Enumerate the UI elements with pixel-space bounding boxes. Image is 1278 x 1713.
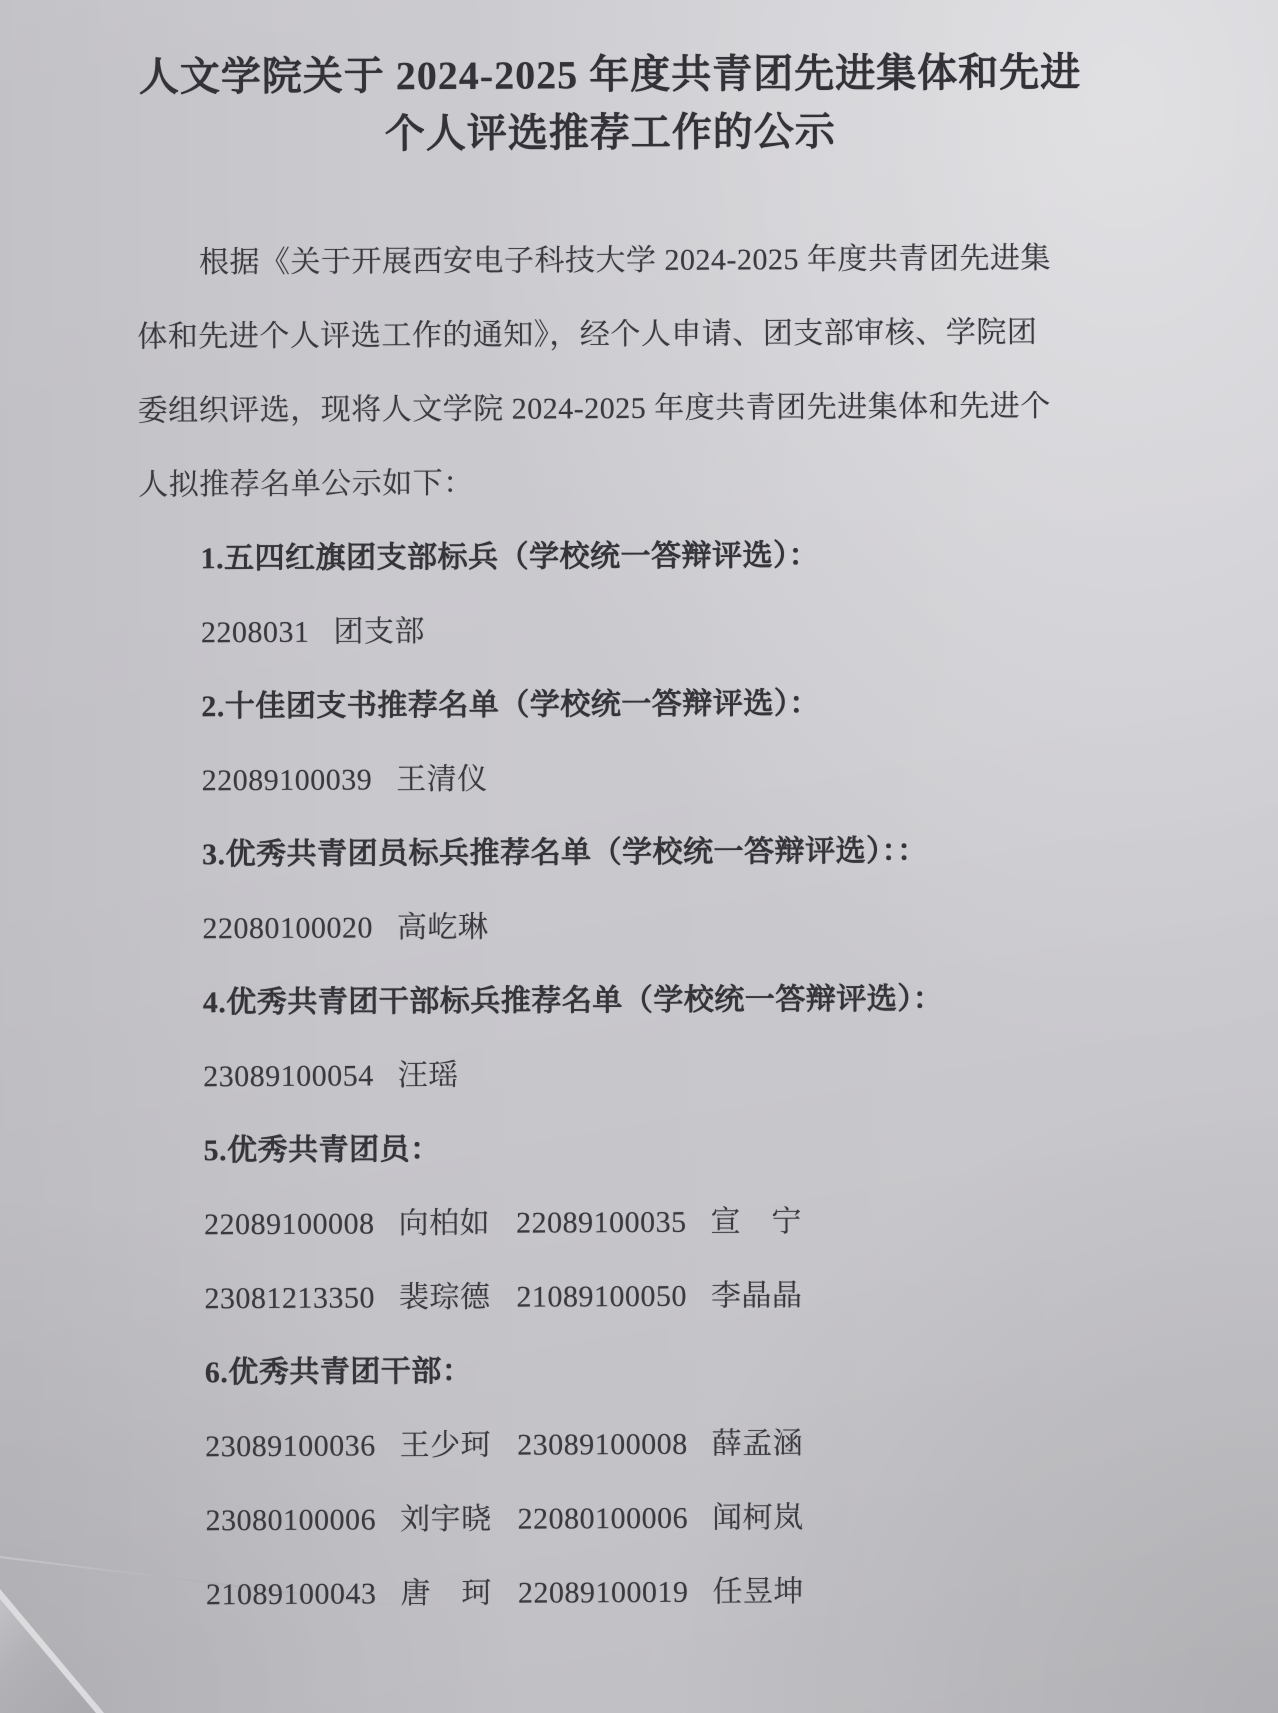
paragraph-line: 体和先进个人评选工作的通知》，经个人申请、团支部审核、学院团 (137, 295, 1140, 374)
title-line-2: 个人评选推荐工作的公示 (136, 102, 1084, 165)
entry-id-name: 21089100050 李晶晶 (516, 1259, 802, 1334)
entry-id-name: 23080100006 刘宇晓 (205, 1483, 517, 1559)
section-2-row-1: 22089100039 王清仪 (202, 739, 1143, 818)
entry-id-name: 23089100054 汪瑶 (203, 1039, 515, 1115)
section-4-heading: 4.优秀共青团干部标兵推荐名单（学校统一答辩评选）： (203, 961, 1144, 1040)
section-5-row-1: 22089100008 向柏如 22089100035 宣 宁 (204, 1183, 1145, 1262)
section-6-row-3: 21089100043 唐 珂 22089100019 任昱坤 (206, 1553, 1147, 1632)
section-3-heading: 3.优秀共青团员标兵推荐名单（学校统一答辩评选）：： (202, 813, 1143, 892)
sections-list: 1.五四红旗团支部标兵（学校统一答辩评选）： 2208031 团支部 2.十佳团… (200, 517, 1147, 1632)
section-2: 2.十佳团支书推荐名单（学校统一答辩评选）： 22089100039 王清仪 (201, 665, 1143, 818)
entry-id-name: 23089100036 王少珂 (205, 1409, 517, 1485)
entry-id-name: 22089100035 宣 宁 (516, 1185, 802, 1260)
paragraph-line: 人拟推荐名单公示如下： (138, 443, 1141, 522)
entry-id-name: 22080100020 高屹琳 (202, 891, 514, 967)
document-content: 人文学院关于 2024-2025 年度共青团先进集体和先进 个人评选推荐工作的公… (136, 43, 1147, 1632)
paragraph-line: 根据《关于开展西安电子科技大学 2024-2025 年度共青团先进集 (137, 221, 1140, 300)
intro-paragraph: 根据《关于开展西安电子科技大学 2024-2025 年度共青团先进集 体和先进个… (137, 221, 1142, 522)
section-4: 4.优秀共青团干部标兵推荐名单（学校统一答辩评选）： 23089100054 汪… (203, 961, 1145, 1114)
paragraph-line: 委组织评选，现将人文学院 2024-2025 年度共青团先进集体和先进个 (138, 369, 1141, 448)
section-2-heading: 2.十佳团支书推荐名单（学校统一答辩评选）： (201, 665, 1142, 744)
section-3: 3.优秀共青团员标兵推荐名单（学校统一答辩评选）：： 22080100020 高… (202, 813, 1144, 966)
entry-id-name: 22089100019 任昱坤 (518, 1555, 804, 1630)
section-6-row-1: 23089100036 王少珂 23089100008 薛孟涵 (205, 1405, 1146, 1484)
entry-id-name: 22080100006 闻柯岚 (517, 1481, 803, 1556)
entry-id-name: 22089100008 向柏如 (204, 1187, 516, 1263)
section-3-row-1: 22080100020 高屹琳 (202, 887, 1143, 966)
section-6-heading: 6.优秀共青团干部： (205, 1331, 1146, 1410)
entry-id-name: 23089100008 薛孟涵 (517, 1407, 803, 1482)
section-6-row-2: 23080100006 刘宇晓 22080100006 闻柯岚 (205, 1479, 1146, 1558)
section-1-row-1: 2208031 团支部 (201, 591, 1142, 670)
section-6: 6.优秀共青团干部： 23089100036 王少珂 23089100008 薛… (205, 1331, 1148, 1632)
section-5-row-2: 23081213350 裴琮德 21089100050 李晶晶 (204, 1257, 1145, 1336)
title-line-1: 人文学院关于 2024-2025 年度共青团先进集体和先进 (136, 44, 1084, 107)
section-1-heading: 1.五四红旗团支部标兵（学校统一答辩评选）： (200, 517, 1141, 596)
page-title: 人文学院关于 2024-2025 年度共青团先进集体和先进 个人评选推荐工作的公… (136, 43, 1140, 164)
section-5: 5.优秀共青团员： 22089100008 向柏如 22089100035 宣 … (203, 1109, 1145, 1336)
section-5-heading: 5.优秀共青团员： (203, 1109, 1144, 1188)
paper-photo: 人文学院关于 2024-2025 年度共青团先进集体和先进 个人评选推荐工作的公… (0, 0, 1278, 1713)
entry-id-name: 2208031 团支部 (201, 595, 513, 671)
section-4-row-1: 23089100054 汪瑶 (203, 1035, 1144, 1114)
entry-id-name: 22089100039 王清仪 (202, 743, 514, 819)
section-1: 1.五四红旗团支部标兵（学校统一答辩评选）： 2208031 团支部 (200, 517, 1142, 670)
entry-id-name: 21089100043 唐 珂 (206, 1557, 518, 1633)
entry-id-name: 23081213350 裴琮德 (204, 1261, 516, 1337)
